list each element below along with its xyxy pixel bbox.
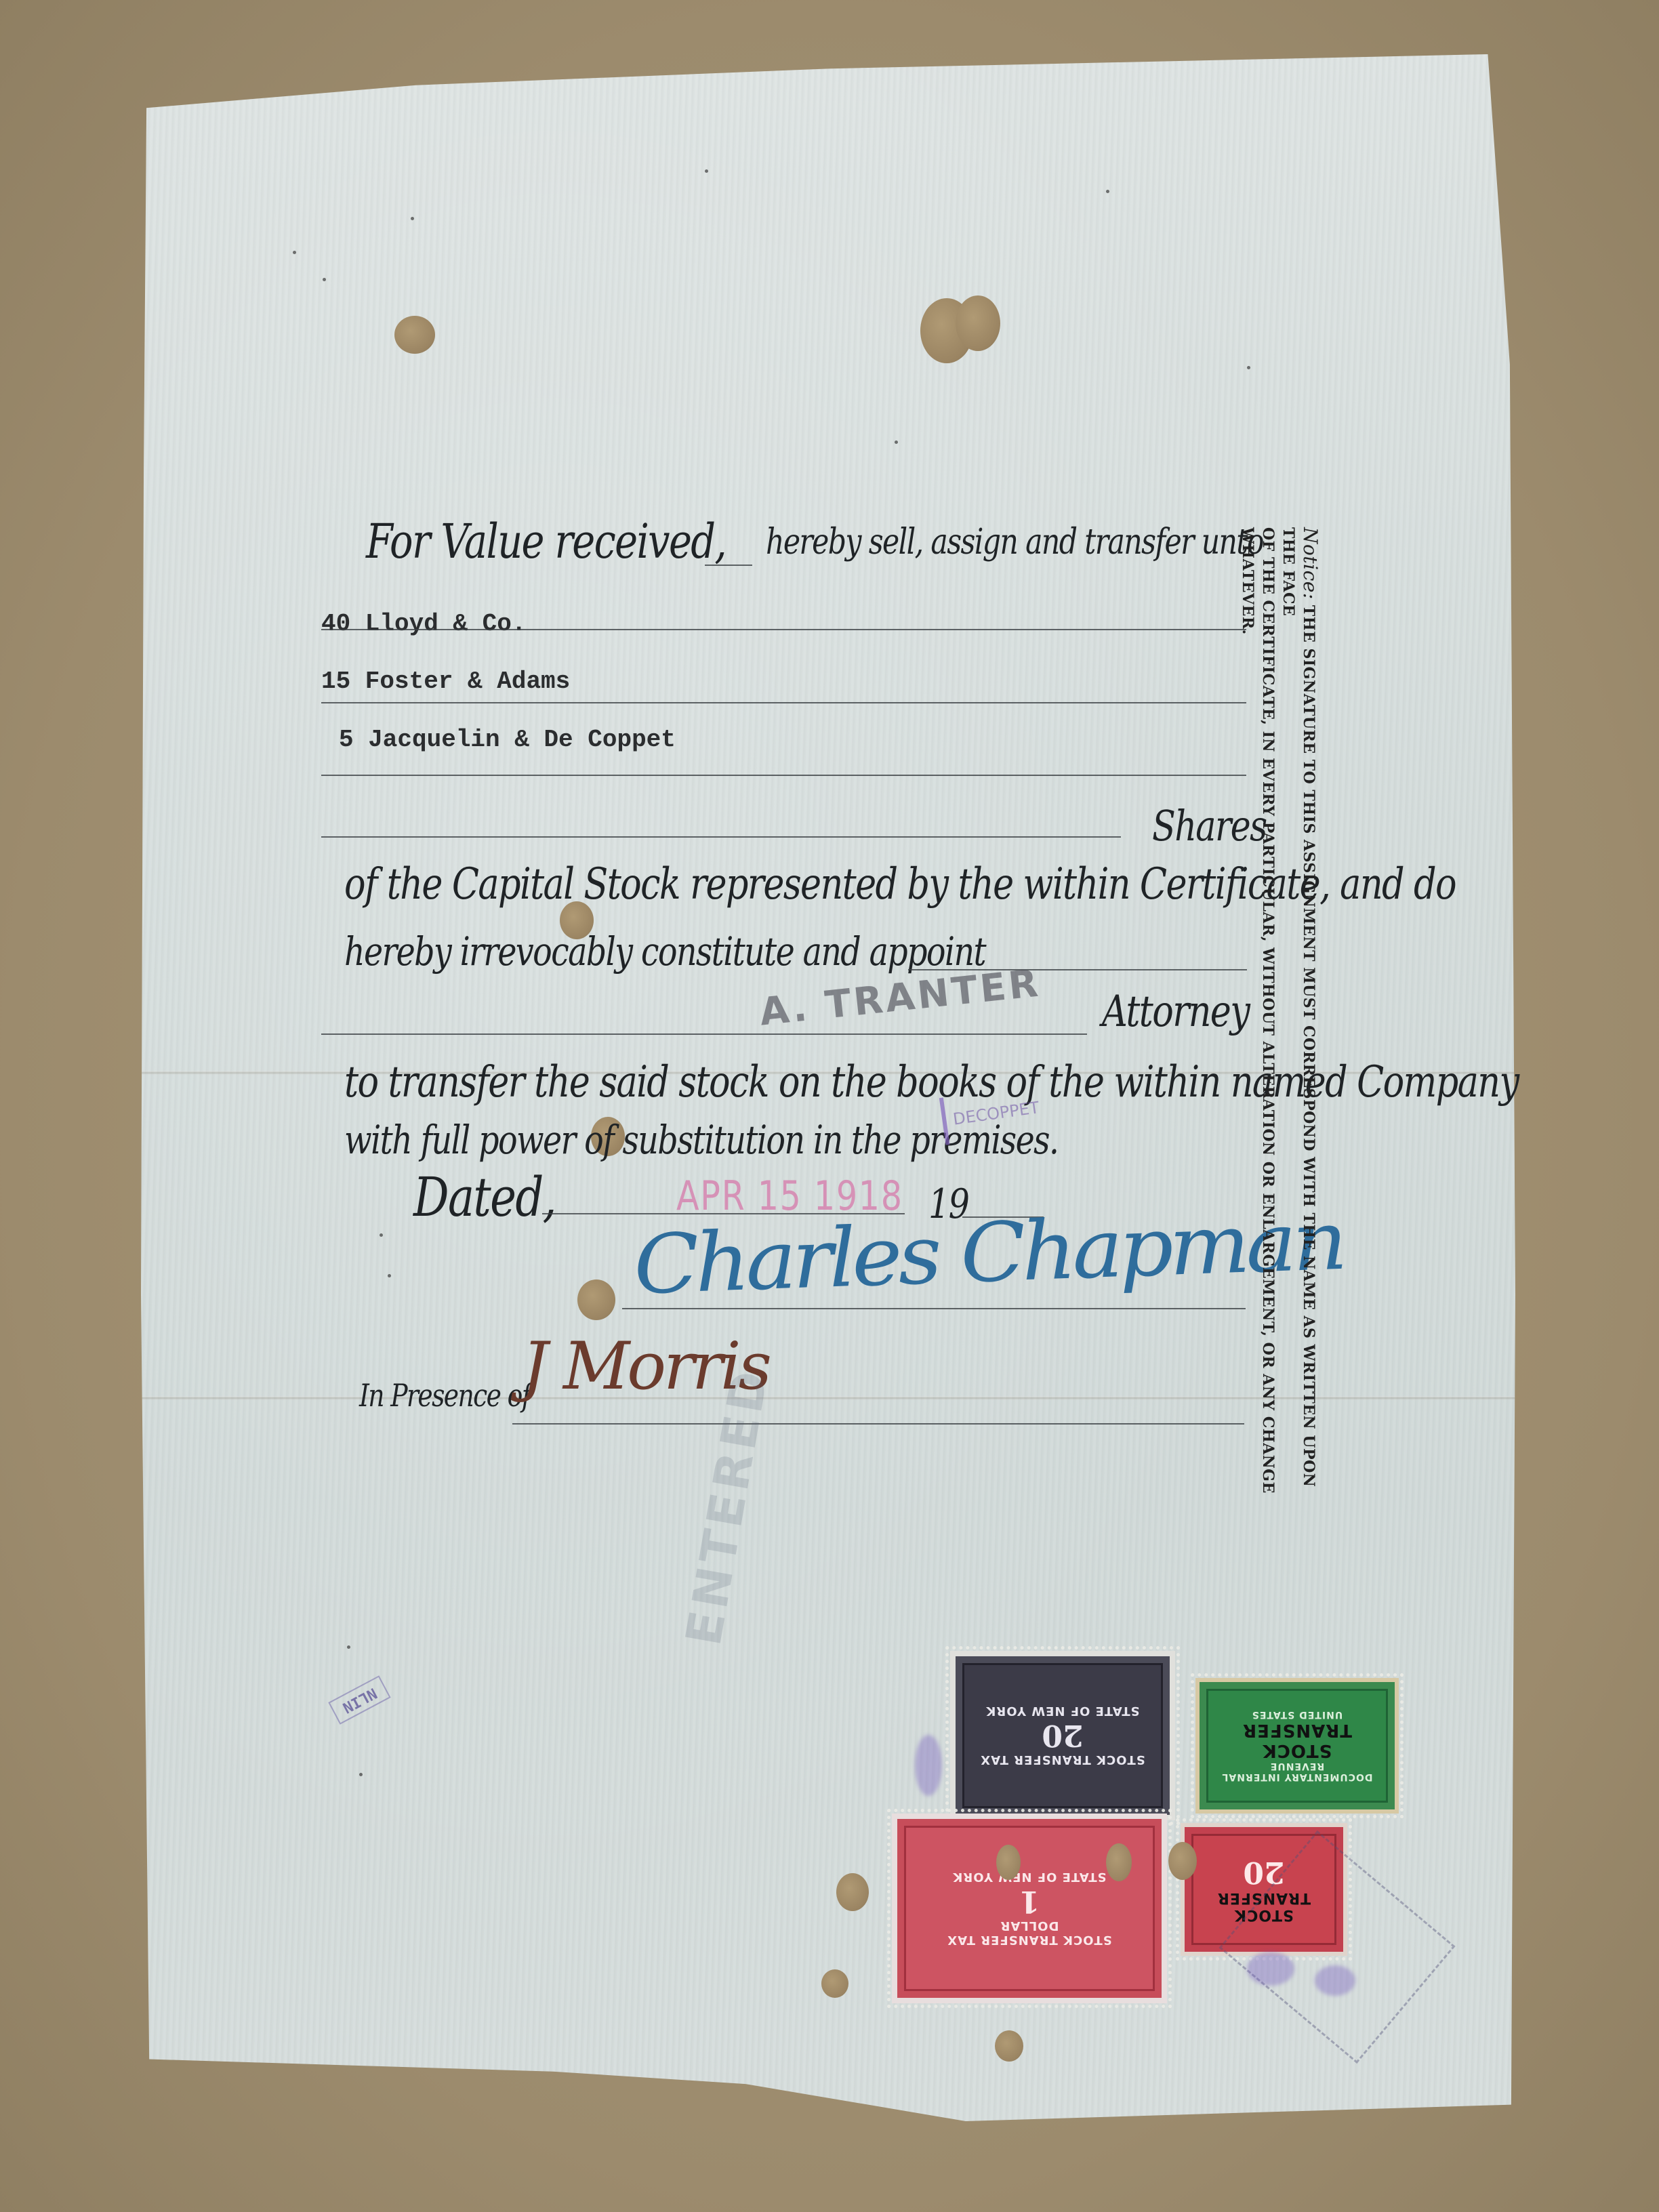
ruled-line bbox=[321, 775, 1246, 776]
ink-blot bbox=[1247, 1952, 1294, 1986]
ruled-line bbox=[321, 702, 1246, 703]
heading-rest: hereby sell, assign and transfer unto bbox=[766, 522, 1263, 562]
punch-hole bbox=[995, 2030, 1023, 2062]
blank-line bbox=[705, 565, 752, 566]
pin-hole bbox=[705, 169, 708, 173]
pin-hole bbox=[359, 1773, 363, 1776]
pin-hole bbox=[388, 1274, 391, 1277]
pin-hole bbox=[895, 441, 898, 444]
pin-hole bbox=[380, 1233, 383, 1237]
transferee-line: 40 Lloyd & Co. bbox=[321, 610, 526, 638]
ruled-line bbox=[321, 1033, 1087, 1035]
ink-blot bbox=[915, 1735, 942, 1796]
dated-label: Dated, bbox=[413, 1166, 556, 1229]
punch-hole bbox=[956, 295, 1000, 351]
transferee-line: 5 Jacquelin & De Coppet bbox=[339, 726, 676, 754]
ny-stock-transfer-stamp-1: STOCK TRANSFER TAX DOLLAR 1 STATE OF NEW… bbox=[892, 1814, 1167, 2003]
constitute-line: hereby irrevocably constitute and appoin… bbox=[344, 928, 985, 975]
signature-notice: Notice: THE SIGNATURE TO THIS ASSIGNMENT… bbox=[1273, 527, 1320, 1503]
punch-hole bbox=[394, 316, 435, 354]
pin-hole bbox=[323, 278, 326, 281]
witness-label: In Presence of bbox=[359, 1377, 530, 1414]
heading-lead: For Value received, bbox=[366, 514, 726, 569]
attorney-label: Attorney bbox=[1102, 987, 1249, 1037]
witness-line bbox=[512, 1423, 1244, 1425]
pin-hole bbox=[347, 1645, 350, 1649]
punch-hole bbox=[577, 1279, 615, 1320]
pin-hole bbox=[293, 251, 296, 254]
ny-stock-transfer-stamp-20: STOCK TRANSFER TAX 20 STATE OF NEW YORK bbox=[950, 1651, 1175, 1820]
punch-hole bbox=[821, 1969, 848, 1998]
transferee-line: 15 Foster & Adams bbox=[321, 668, 570, 695]
punch-hole bbox=[1168, 1842, 1197, 1880]
pin-hole bbox=[1247, 366, 1250, 369]
punch-hole bbox=[1106, 1843, 1132, 1881]
ruled-line bbox=[321, 836, 1121, 838]
ruled-line bbox=[321, 629, 1246, 630]
punch-hole bbox=[836, 1873, 869, 1911]
pin-hole bbox=[411, 217, 414, 220]
punch-hole bbox=[996, 1845, 1021, 1880]
us-documentary-stamp: DOCUMENTARY INTERNAL REVENUE STOCK TRANS… bbox=[1195, 1678, 1399, 1814]
pin-hole bbox=[1106, 190, 1109, 193]
ink-blot bbox=[1315, 1965, 1355, 1996]
transfer-line: to transfer the said stock on the books … bbox=[344, 1057, 1518, 1107]
